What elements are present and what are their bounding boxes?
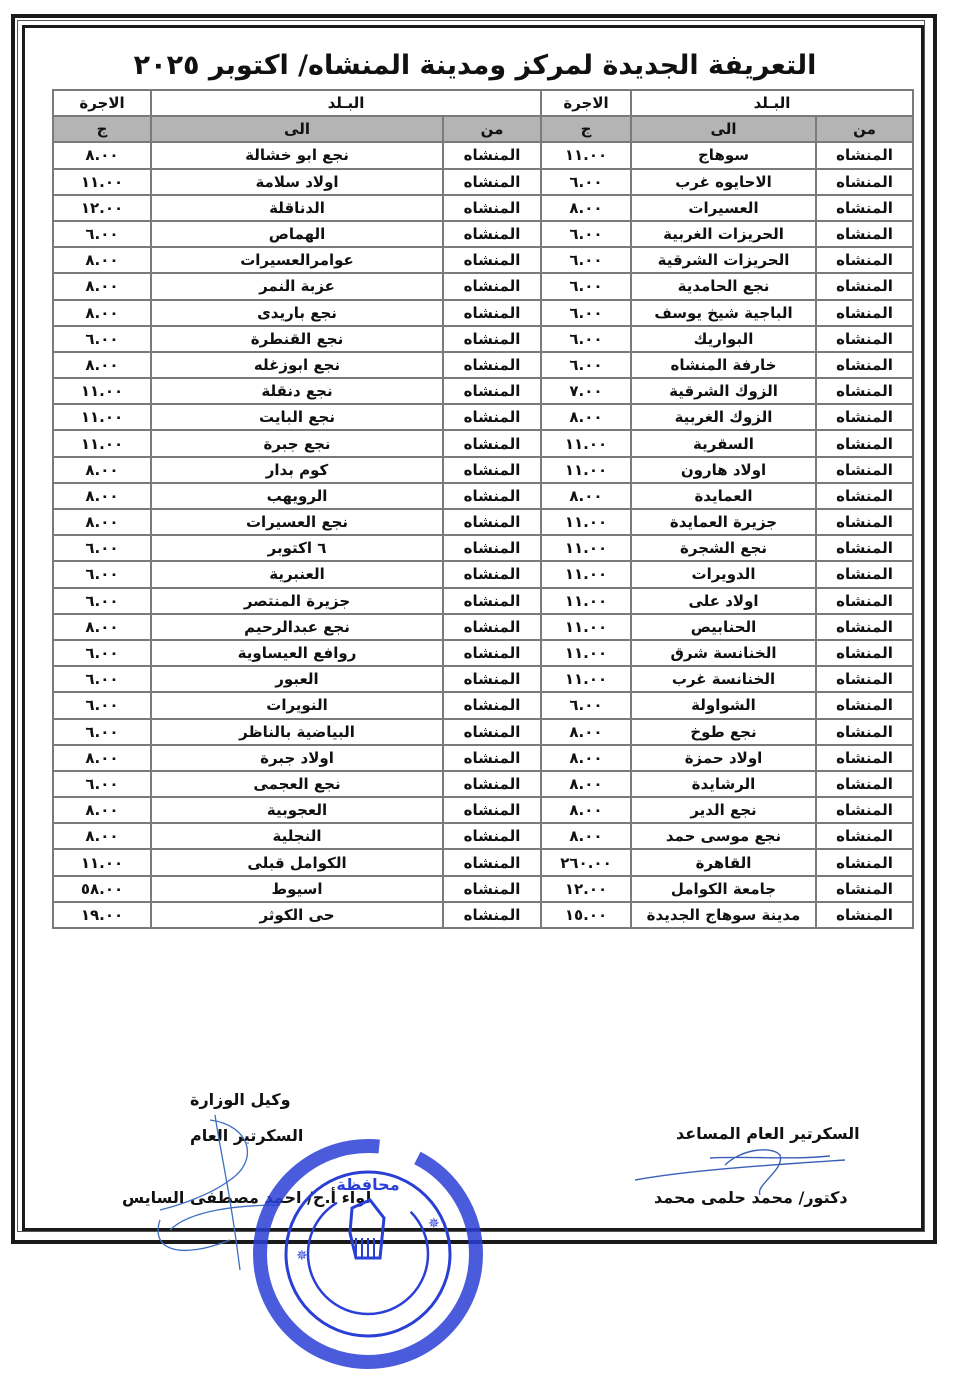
svg-text:✵: ✵: [428, 1216, 440, 1232]
cell-fare-left: ٦.٠٠: [53, 640, 151, 666]
cell-to-right: الدويرات: [631, 561, 816, 587]
cell-from-left: المنشاه: [443, 588, 541, 614]
cell-to-left: اولاد سلامة: [151, 169, 443, 195]
cell-fare-right: ٦.٠٠: [541, 326, 631, 352]
cell-fare-left: ٥٨.٠٠: [53, 876, 151, 902]
cell-to-left: نجع العجمى: [151, 771, 443, 797]
table-row: المنشاهنجع طوخ٨.٠٠المنشاهالبياضية بالناظ…: [53, 719, 913, 745]
cell-from-right: المنشاه: [816, 666, 913, 692]
cell-to-left: نجع العسيرات: [151, 509, 443, 535]
cell-fare-left: ٨.٠٠: [53, 142, 151, 168]
header-country-right: البـلد: [631, 90, 913, 116]
cell-from-right: المنشاه: [816, 430, 913, 456]
cell-to-left: الكوامل قبلى: [151, 849, 443, 875]
cell-fare-left: ١١.٠٠: [53, 430, 151, 456]
cell-to-right: نجع الدير: [631, 797, 816, 823]
cell-from-left: المنشاه: [443, 378, 541, 404]
cell-fare-right: ٨.٠٠: [541, 771, 631, 797]
document-title: التعريفة الجديدة لمركز ومدينة المنشاه/ ا…: [40, 50, 910, 81]
table-row: المنشاهخارفة المنشاه٦.٠٠المنشاهنجع ابوزغ…: [53, 352, 913, 378]
cell-to-left: العبور: [151, 666, 443, 692]
table-row: المنشاهالحنابيص١١.٠٠المنشاهنجع عبدالرحيم…: [53, 614, 913, 640]
cell-from-left: المنشاه: [443, 614, 541, 640]
cell-to-left: العنبرية: [151, 561, 443, 587]
cell-to-left: عوامرالعسيرات: [151, 247, 443, 273]
cell-from-left: المنشاه: [443, 771, 541, 797]
cell-fare-right: ١١.٠٠: [541, 640, 631, 666]
cell-to-left: نجع القنطرة: [151, 326, 443, 352]
cell-to-right: اولاد على: [631, 588, 816, 614]
table-row: المنشاهالدويرات١١.٠٠المنشاهالعنبرية٦.٠٠: [53, 561, 913, 587]
cell-from-right: المنشاه: [816, 614, 913, 640]
cell-to-right: السقرية: [631, 430, 816, 456]
cell-fare-left: ١٢.٠٠: [53, 195, 151, 221]
cell-fare-left: ٨.٠٠: [53, 273, 151, 299]
cell-from-left: المنشاه: [443, 876, 541, 902]
cell-fare-right: ٦.٠٠: [541, 352, 631, 378]
cell-to-left: الرويهب: [151, 483, 443, 509]
header-fare-left: الاجرة: [53, 90, 151, 116]
cell-fare-left: ٨.٠٠: [53, 247, 151, 273]
cell-fare-right: ١١.٠٠: [541, 509, 631, 535]
cell-to-right: الحنابيص: [631, 614, 816, 640]
header-fare-right: الاجرة: [541, 90, 631, 116]
fare-table: البـلد الاجرة البـلد الاجرة من الى ج من …: [52, 89, 914, 929]
cell-fare-left: ٦.٠٠: [53, 719, 151, 745]
table-row: المنشاهالسقرية١١.٠٠المنشاهنجع جبرة١١.٠٠: [53, 430, 913, 456]
cell-from-right: المنشاه: [816, 221, 913, 247]
cell-fare-right: ٧.٠٠: [541, 378, 631, 404]
cell-fare-left: ٦.٠٠: [53, 692, 151, 718]
cell-to-left: الهماص: [151, 221, 443, 247]
cell-to-right: مدينة سوهاج الجديدة: [631, 902, 816, 928]
header-from-left: من: [443, 116, 541, 142]
cell-to-right: الباجية شيخ يوسف: [631, 300, 816, 326]
table-row: المنشاهالخنانسة غرب١١.٠٠المنشاهالعبور٦.٠…: [53, 666, 913, 692]
cell-from-right: المنشاه: [816, 561, 913, 587]
cell-to-left: اسيوط: [151, 876, 443, 902]
table-row: المنشاهالخنانسة شرق١١.٠٠المنشاهروافع الع…: [53, 640, 913, 666]
cell-to-left: الدناقلة: [151, 195, 443, 221]
cell-fare-left: ٨.٠٠: [53, 614, 151, 640]
table-row: المنشاهالقاهرة٢٦٠.٠٠المنشاهالكوامل قبلى١…: [53, 849, 913, 875]
table-row: المنشاهنجع الشجرة١١.٠٠المنشاه٦ اكتوبر٦.٠…: [53, 535, 913, 561]
table-row: المنشاهنجع الحامدية٦.٠٠المنشاهعزبة النمر…: [53, 273, 913, 299]
table-row: المنشاهسوهاج١١.٠٠المنشاهنجع ابو خشالة٨.٠…: [53, 142, 913, 168]
header-row-top: البـلد الاجرة البـلد الاجرة: [53, 90, 913, 116]
cell-fare-right: ٦.٠٠: [541, 692, 631, 718]
right-signature-icon: [630, 1140, 860, 1200]
cell-fare-left: ٨.٠٠: [53, 509, 151, 535]
cell-to-right: الحريزات الغربية: [631, 221, 816, 247]
cell-to-right: العسيرات: [631, 195, 816, 221]
cell-from-left: المنشاه: [443, 142, 541, 168]
cell-fare-right: ١١.٠٠: [541, 666, 631, 692]
cell-to-right: الخنانسة غرب: [631, 666, 816, 692]
cell-fare-right: ١٥.٠٠: [541, 902, 631, 928]
cell-from-right: المنشاه: [816, 902, 913, 928]
cell-to-left: العجوبية: [151, 797, 443, 823]
cell-fare-left: ٦.٠٠: [53, 666, 151, 692]
cell-fare-left: ٦.٠٠: [53, 535, 151, 561]
cell-fare-left: ٦.٠٠: [53, 588, 151, 614]
cell-from-left: المنشاه: [443, 273, 541, 299]
cell-from-left: المنشاه: [443, 352, 541, 378]
cell-from-right: المنشاه: [816, 823, 913, 849]
cell-from-right: المنشاه: [816, 771, 913, 797]
cell-from-right: المنشاه: [816, 195, 913, 221]
header-to-left: الى: [151, 116, 443, 142]
cell-to-right: جامعة الكوامل: [631, 876, 816, 902]
cell-from-left: المنشاه: [443, 509, 541, 535]
cell-fare-left: ٨.٠٠: [53, 352, 151, 378]
cell-fare-left: ١٩.٠٠: [53, 902, 151, 928]
cell-from-right: المنشاه: [816, 588, 913, 614]
cell-from-left: المنشاه: [443, 666, 541, 692]
cell-from-left: المنشاه: [443, 692, 541, 718]
table-row: المنشاهالعسيرات٨.٠٠المنشاهالدناقلة١٢.٠٠: [53, 195, 913, 221]
cell-fare-right: ٨.٠٠: [541, 797, 631, 823]
cell-to-left: نجع باريدى: [151, 300, 443, 326]
cell-from-left: المنشاه: [443, 247, 541, 273]
cell-from-left: المنشاه: [443, 300, 541, 326]
cell-fare-right: ٨.٠٠: [541, 195, 631, 221]
cell-fare-right: ٨.٠٠: [541, 823, 631, 849]
cell-from-right: المنشاه: [816, 640, 913, 666]
cell-fare-left: ٨.٠٠: [53, 483, 151, 509]
cell-from-right: المنشاه: [816, 876, 913, 902]
cell-fare-right: ١١.٠٠: [541, 457, 631, 483]
cell-from-right: المنشاه: [816, 849, 913, 875]
cell-from-left: المنشاه: [443, 457, 541, 483]
cell-from-left: المنشاه: [443, 745, 541, 771]
cell-fare-right: ١١.٠٠: [541, 535, 631, 561]
cell-to-right: خارفة المنشاه: [631, 352, 816, 378]
cell-to-left: نجع ابوزغله: [151, 352, 443, 378]
cell-from-right: المنشاه: [816, 378, 913, 404]
cell-from-left: المنشاه: [443, 902, 541, 928]
cell-to-right: الاحايوه غرب: [631, 169, 816, 195]
cell-to-right: نجع الحامدية: [631, 273, 816, 299]
table-row: المنشاهالرشايدة٨.٠٠المنشاهنجع العجمى٦.٠٠: [53, 771, 913, 797]
cell-from-right: المنشاه: [816, 352, 913, 378]
cell-from-right: المنشاه: [816, 169, 913, 195]
cell-to-left: نجع البايت: [151, 404, 443, 430]
cell-from-right: المنشاه: [816, 719, 913, 745]
cell-fare-left: ٨.٠٠: [53, 300, 151, 326]
cell-to-right: الشواولة: [631, 692, 816, 718]
cell-from-left: المنشاه: [443, 326, 541, 352]
cell-to-right: سوهاج: [631, 142, 816, 168]
cell-to-left: روافع العيساوية: [151, 640, 443, 666]
cell-to-right: نجع موسى حمد: [631, 823, 816, 849]
cell-from-left: المنشاه: [443, 404, 541, 430]
header-currency-left: ج: [53, 116, 151, 142]
cell-to-right: جزيرة العمايدة: [631, 509, 816, 535]
header-row-sub: من الى ج من الى ج: [53, 116, 913, 142]
cell-fare-right: ١١.٠٠: [541, 142, 631, 168]
header-from-right: من: [816, 116, 913, 142]
cell-from-right: المنشاه: [816, 247, 913, 273]
table-row: المنشاهاولاد هارون١١.٠٠المنشاهكوم بدار٨.…: [53, 457, 913, 483]
cell-fare-left: ٦.٠٠: [53, 771, 151, 797]
cell-to-left: نجع عبدالرحيم: [151, 614, 443, 640]
cell-to-right: الزوك الغربية: [631, 404, 816, 430]
cell-from-left: المنشاه: [443, 483, 541, 509]
cell-from-right: المنشاه: [816, 404, 913, 430]
left-signatory-title-1: وكيل الوزارة: [190, 1090, 291, 1109]
table-row: المنشاهمدينة سوهاج الجديدة١٥.٠٠المنشاهحى…: [53, 902, 913, 928]
cell-fare-left: ٦.٠٠: [53, 221, 151, 247]
table-row: المنشاهالحريزات الغربية٦.٠٠المنشاهالهماص…: [53, 221, 913, 247]
cell-fare-left: ٨.٠٠: [53, 823, 151, 849]
cell-fare-left: ١١.٠٠: [53, 378, 151, 404]
cell-from-right: المنشاه: [816, 483, 913, 509]
cell-from-left: المنشاه: [443, 797, 541, 823]
table-row: المنشاهالباجية شيخ يوسف٦.٠٠المنشاهنجع با…: [53, 300, 913, 326]
cell-from-right: المنشاه: [816, 457, 913, 483]
cell-to-right: القاهرة: [631, 849, 816, 875]
cell-fare-right: ١١.٠٠: [541, 561, 631, 587]
table-row: المنشاهالعمايدة٨.٠٠المنشاهالرويهب٨.٠٠: [53, 483, 913, 509]
cell-to-left: النجلية: [151, 823, 443, 849]
table-row: المنشاهالزوك الغربية٨.٠٠المنشاهنجع الباي…: [53, 404, 913, 430]
cell-fare-left: ٦.٠٠: [53, 326, 151, 352]
cell-fare-left: ١١.٠٠: [53, 169, 151, 195]
cell-from-right: المنشاه: [816, 326, 913, 352]
table-row: المنشاهالزوك الشرقية٧.٠٠المنشاهنجع دنقلة…: [53, 378, 913, 404]
cell-from-right: المنشاه: [816, 535, 913, 561]
header-currency-right: ج: [541, 116, 631, 142]
cell-to-left: نجع جبرة: [151, 430, 443, 456]
cell-from-right: المنشاه: [816, 692, 913, 718]
cell-fare-right: ١١.٠٠: [541, 614, 631, 640]
cell-from-right: المنشاه: [816, 142, 913, 168]
table-row: المنشاهجزيرة العمايدة١١.٠٠المنشاهنجع الع…: [53, 509, 913, 535]
table-row: المنشاهالحريزات الشرقية٦.٠٠المنشاهعوامرا…: [53, 247, 913, 273]
cell-to-left: نجع دنقلة: [151, 378, 443, 404]
cell-fare-right: ١١.٠٠: [541, 430, 631, 456]
cell-fare-right: ١١.٠٠: [541, 588, 631, 614]
cell-to-right: اولاد هارون: [631, 457, 816, 483]
cell-from-right: المنشاه: [816, 745, 913, 771]
cell-to-left: اولاد جبرة: [151, 745, 443, 771]
cell-fare-right: ٦.٠٠: [541, 221, 631, 247]
cell-fare-right: ٨.٠٠: [541, 483, 631, 509]
cell-from-right: المنشاه: [816, 300, 913, 326]
cell-fare-right: ٨.٠٠: [541, 745, 631, 771]
cell-from-right: المنشاه: [816, 797, 913, 823]
table-row: المنشاهالاحايوه غرب٦.٠٠المنشاهاولاد سلام…: [53, 169, 913, 195]
cell-from-left: المنشاه: [443, 849, 541, 875]
cell-from-left: المنشاه: [443, 195, 541, 221]
svg-text:✵: ✵: [296, 1248, 308, 1264]
cell-to-right: نجع الشجرة: [631, 535, 816, 561]
cell-fare-right: ٨.٠٠: [541, 404, 631, 430]
table-row: المنشاهاولاد على١١.٠٠المنشاهجزيرة المنتص…: [53, 588, 913, 614]
cell-fare-left: ٨.٠٠: [53, 797, 151, 823]
header-to-right: الى: [631, 116, 816, 142]
table-row: المنشاهجامعة الكوامل١٢.٠٠المنشاهاسيوط٥٨.…: [53, 876, 913, 902]
cell-to-left: البياضية بالناظر: [151, 719, 443, 745]
cell-fare-right: ٨.٠٠: [541, 719, 631, 745]
svg-text:محافظة: محافظة: [336, 1175, 399, 1194]
cell-fare-right: ٦.٠٠: [541, 169, 631, 195]
cell-to-right: الرشايدة: [631, 771, 816, 797]
cell-to-right: البواريك: [631, 326, 816, 352]
table-row: المنشاهالبواريك٦.٠٠المنشاهنجع القنطرة٦.٠…: [53, 326, 913, 352]
cell-from-left: المنشاه: [443, 169, 541, 195]
cell-fare-right: ٦.٠٠: [541, 273, 631, 299]
header-country-left: البـلد: [151, 90, 541, 116]
cell-fare-left: ١١.٠٠: [53, 849, 151, 875]
cell-fare-right: ٢٦٠.٠٠: [541, 849, 631, 875]
table-row: المنشاهنجع موسى حمد٨.٠٠المنشاهالنجلية٨.٠…: [53, 823, 913, 849]
table-row: المنشاهاولاد حمزة٨.٠٠المنشاهاولاد جبرة٨.…: [53, 745, 913, 771]
cell-to-left: نجع ابو خشالة: [151, 142, 443, 168]
cell-to-right: نجع طوخ: [631, 719, 816, 745]
cell-from-left: المنشاه: [443, 561, 541, 587]
official-stamp-icon: محافظة ✵ ✵: [252, 1138, 484, 1370]
cell-fare-left: ٨.٠٠: [53, 745, 151, 771]
cell-to-right: اولاد حمزة: [631, 745, 816, 771]
cell-to-left: حى الكوثر: [151, 902, 443, 928]
cell-from-left: المنشاه: [443, 823, 541, 849]
cell-fare-right: ٦.٠٠: [541, 300, 631, 326]
cell-from-left: المنشاه: [443, 430, 541, 456]
cell-to-left: النويرات: [151, 692, 443, 718]
cell-fare-left: ٨.٠٠: [53, 457, 151, 483]
cell-to-left: كوم بدار: [151, 457, 443, 483]
cell-fare-left: ٦.٠٠: [53, 561, 151, 587]
cell-to-right: العمايدة: [631, 483, 816, 509]
cell-fare-right: ١٢.٠٠: [541, 876, 631, 902]
cell-to-left: عزبة النمر: [151, 273, 443, 299]
cell-to-right: الخنانسة شرق: [631, 640, 816, 666]
cell-from-left: المنشاه: [443, 719, 541, 745]
cell-to-left: ٦ اكتوبر: [151, 535, 443, 561]
table-row: المنشاهالشواولة٦.٠٠المنشاهالنويرات٦.٠٠: [53, 692, 913, 718]
cell-from-left: المنشاه: [443, 640, 541, 666]
cell-from-right: المنشاه: [816, 273, 913, 299]
cell-from-left: المنشاه: [443, 221, 541, 247]
cell-fare-right: ٦.٠٠: [541, 247, 631, 273]
cell-fare-left: ١١.٠٠: [53, 404, 151, 430]
cell-from-left: المنشاه: [443, 535, 541, 561]
cell-to-left: جزيرة المنتصر: [151, 588, 443, 614]
cell-to-right: الحريزات الشرقية: [631, 247, 816, 273]
table-row: المنشاهنجع الدير٨.٠٠المنشاهالعجوبية٨.٠٠: [53, 797, 913, 823]
cell-to-right: الزوك الشرقية: [631, 378, 816, 404]
cell-from-right: المنشاه: [816, 509, 913, 535]
